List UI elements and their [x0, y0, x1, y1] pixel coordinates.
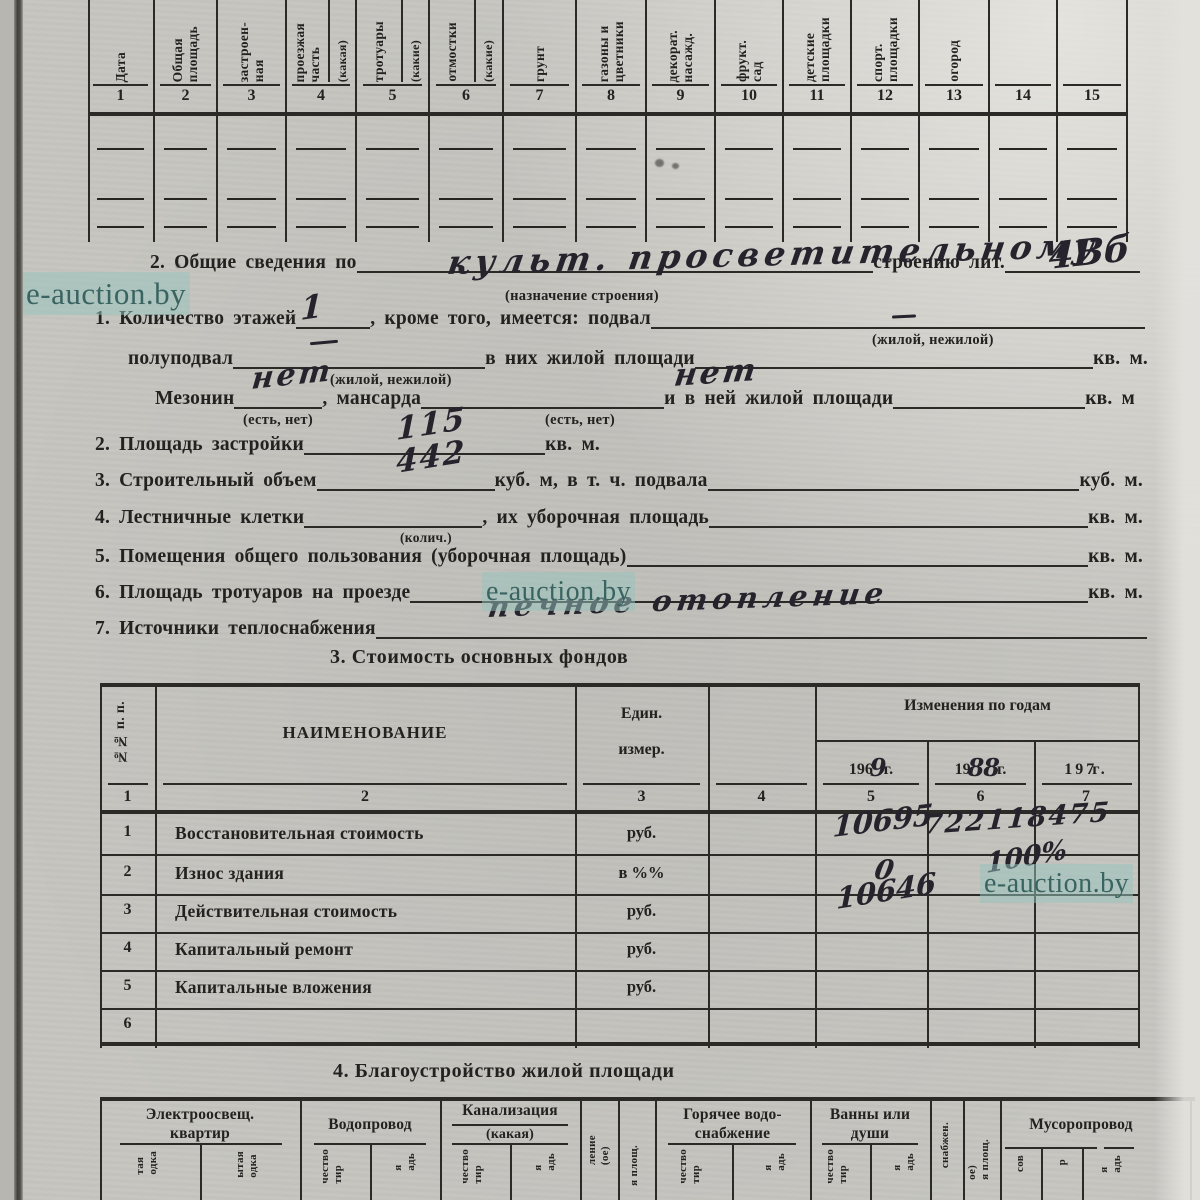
table-header-divider [88, 112, 1128, 116]
col-underline [857, 84, 912, 86]
subcol-which-living-area-fragment: ое) я площ. [966, 1139, 992, 1180]
top-col-4: проезжая часть (какая) 4 [287, 0, 357, 242]
col-number: 10 [716, 87, 782, 105]
ruled-cell-line [164, 198, 207, 200]
ruled-cell-line [439, 198, 493, 200]
group-underline [1104, 1147, 1134, 1149]
row-unit: руб. [575, 823, 708, 843]
sub-divider [510, 1145, 512, 1200]
ruled-cell-line [586, 198, 636, 200]
col-header-decorative: декорат. насажд. [665, 30, 695, 82]
col-underline [436, 84, 497, 86]
label-living-area-in-them: в них жилой площади [485, 348, 695, 370]
label-staircases: 4. Лестничные клетки [95, 507, 304, 529]
year-handwritten-digit: 9 [870, 753, 886, 782]
section4-title: 4. Благоустройство жилой площади [333, 1060, 675, 1083]
col-number: 12 [852, 87, 918, 105]
watermark-text: e-auction.by [486, 576, 631, 607]
page-edge-right [1154, 0, 1200, 1200]
top-col-1: Дата 1 [88, 0, 155, 242]
col-number: 3 [218, 87, 285, 105]
blank-line [376, 634, 1147, 639]
ink-smudge [655, 159, 664, 167]
row-name-replacement-cost: Восстановительная стоимость [175, 823, 424, 844]
row-unit: руб. [575, 901, 708, 921]
ruled-cell-line [586, 148, 636, 150]
caption-yes-no: (есть, нет) [545, 412, 615, 429]
col-number: 15 [1058, 87, 1126, 105]
group-divider [580, 1101, 582, 1200]
blank-line [651, 324, 1145, 329]
line-common-areas: 5. Помещения общего пользования (уборочн… [95, 546, 1143, 568]
ruled-cell-line [164, 148, 207, 150]
row-number: 6 [100, 1015, 155, 1033]
ruled-cell-line [999, 198, 1047, 200]
ruled-cell-line [97, 198, 144, 200]
line-heat-sources: 7. Источники теплоснабжения [95, 618, 1147, 640]
year-cell-197: 197г. [1034, 751, 1138, 780]
header-row-number: №№ п. п. [113, 701, 129, 764]
blank-line [304, 523, 482, 528]
subcol-fragment: р [1056, 1159, 1069, 1165]
unit-sq-m: кв. м. [545, 434, 600, 456]
col-number: 4 [708, 788, 815, 806]
col-underline [510, 84, 570, 86]
row-name-capital-repair: Капитальный ремонт [175, 939, 353, 960]
ruled-cell-line [1067, 198, 1117, 200]
label-mezzanine: Мезонин [155, 388, 234, 410]
row-number: 5 [100, 977, 155, 995]
subcol-area-fragment: я адь [392, 1153, 418, 1171]
ruled-cell-line [513, 148, 566, 150]
blank-line [627, 562, 1089, 567]
col-number: 1 [100, 788, 155, 806]
col-number: 13 [920, 87, 988, 105]
ruled-cell-line [861, 148, 909, 150]
sub-divider [1082, 1149, 1084, 1200]
col-number: 11 [784, 87, 850, 105]
ruled-cell-line [656, 226, 705, 228]
row-name-capital-investments: Капитальные вложения [175, 977, 372, 998]
col-underline [925, 84, 982, 86]
group-divider [930, 1101, 932, 1200]
num-row-underline [935, 783, 1026, 785]
top-col-13: огород 13 [920, 0, 990, 242]
ruled-cell-line [227, 148, 276, 150]
num-row-underline [1042, 783, 1132, 785]
blank-line [317, 486, 495, 491]
caption-residential-or-not: (жилой, нежилой) [330, 372, 452, 389]
col-divider [815, 683, 817, 1048]
subcol-fragment: сов [1014, 1155, 1027, 1172]
sub-divider [732, 1145, 734, 1200]
group-label-sewerage: Канализация [440, 1101, 580, 1120]
col-header-orchard: фрукт. сад [734, 40, 764, 82]
col-header-soil: грунт [532, 46, 547, 82]
ruled-cell-line [725, 198, 773, 200]
subcol-apartment-count-fragment: чество тир [459, 1149, 485, 1184]
unit-sq-m: кв. м. [1088, 546, 1143, 568]
table-right-border [1138, 683, 1140, 1048]
ruled-cell-line [513, 198, 566, 200]
year-handwritten-digit: 88 [968, 753, 999, 782]
label-cleaning-area: , их уборочная площадь [482, 507, 709, 529]
ruled-cell-line [1067, 148, 1117, 150]
row-name-actual-cost: Действительная стоимость [175, 901, 397, 922]
ruled-cell-line [439, 148, 493, 150]
blank-line [708, 486, 1080, 491]
group-label-baths-showers: Ванны или души [810, 1105, 930, 1144]
col-number: 2 [155, 788, 575, 806]
ruled-cell-line [296, 148, 346, 150]
subcol-area-fragment: я адь [891, 1153, 917, 1171]
top-col-3: застроен- ная 3 [218, 0, 287, 242]
watermark-text: e-auction.by [26, 276, 186, 311]
top-col-6: отмостки (какие) 6 [430, 0, 504, 242]
ruled-cell-line [999, 148, 1047, 150]
col-underline [93, 84, 148, 86]
col-header-roadway: проезжая часть [292, 23, 322, 82]
handwriting-dash [310, 340, 338, 345]
sub-divider [870, 1145, 872, 1200]
watermark: e-auction.by [984, 868, 1129, 900]
col-number: 1 [88, 87, 153, 105]
group-label-electric-lighting: Электроосвещ. квартир [100, 1105, 300, 1144]
unit-sq-m: кв. м. [1088, 507, 1143, 529]
scan-background-left [0, 0, 15, 1200]
sub-divider [370, 1145, 372, 1200]
ruled-cell-line [586, 226, 636, 228]
col-header-data: Дата [113, 52, 128, 82]
col-underline [995, 84, 1050, 86]
watermark: e-auction.by [486, 576, 631, 608]
top-col-5: тротуары (какие) 5 [357, 0, 430, 242]
col-subheader-which: (какие) [482, 40, 495, 82]
ruled-cell-line [366, 148, 419, 150]
top-col-10: фрукт. сад 10 [716, 0, 784, 242]
col-header-lawns: газоны и цветники [596, 21, 626, 82]
col-header-sports: спорт. площадки [870, 17, 900, 82]
unit-sq-m: кв. м [1085, 388, 1135, 410]
blank-line [893, 404, 1085, 409]
table-top-border [100, 1097, 1195, 1101]
watermark-text: e-auction.by [984, 868, 1129, 899]
ruled-cell-line [97, 148, 144, 150]
group-header-underline [815, 740, 1140, 742]
row-unit: в %% [575, 863, 708, 883]
sub-divider [200, 1145, 202, 1200]
subcol-area-fragment: я адь [1098, 1155, 1124, 1173]
label-mansard: , мансарда [322, 388, 421, 410]
subcol-apartment-count-fragment: чество тир [677, 1149, 703, 1184]
num-row-underline [163, 783, 567, 785]
ink-smudge [672, 163, 679, 169]
label-heat-sources: 7. Источники теплоснабжения [95, 618, 376, 640]
ruled-cell-line [861, 226, 909, 228]
top-col-8: газоны и цветники 8 [577, 0, 647, 242]
col-underline [652, 84, 708, 86]
ruled-cell-line [366, 198, 419, 200]
header-unit-line1: Един. [575, 705, 708, 723]
group-sublabel-which: (какая) [440, 1126, 580, 1144]
group-label-garbage-chute: Мусоропровод [1000, 1115, 1162, 1134]
col-header-blind-area: отмостки [444, 22, 459, 82]
num-row-underline [583, 783, 700, 785]
blank-line [709, 523, 1088, 528]
ruled-cell-line [929, 226, 979, 228]
subcol-living-area-fragment: я площ. [628, 1145, 641, 1186]
col-divider [708, 683, 710, 1048]
row-divider [100, 1008, 1140, 1010]
group-label-hot-water: Горячее водо- снабжение [655, 1105, 810, 1144]
col-number: 6 [430, 87, 502, 105]
handwriting-floor-count: 1 [300, 286, 323, 328]
col-number: 14 [990, 87, 1056, 105]
col-subheader-which: (какие) [409, 40, 422, 82]
ruled-cell-line [227, 226, 276, 228]
col-number: 5 [357, 87, 428, 105]
col-number: 9 [647, 87, 714, 105]
scanned-inventory-form-page: Дата 1 Общая площадь 2 застроен- ная 3 [0, 0, 1200, 1200]
label-incl-basement: куб. м, в т. ч. подвала [495, 470, 708, 492]
col-header-built-up: застроен- ная [236, 22, 266, 82]
handwriting-liter: 4Вб [1048, 227, 1131, 278]
top-col-7: грунт 7 [504, 0, 577, 242]
ruled-cell-line [793, 198, 841, 200]
ruled-cell-line [296, 198, 346, 200]
unit-sq-m: кв. м. [1093, 348, 1148, 370]
subcol-area-fragment: я адь [762, 1153, 788, 1171]
caption-building-purpose: (назначение строения) [505, 288, 659, 305]
subcol-hidden-wiring-fragment: ытая одка [234, 1151, 260, 1178]
fixed-assets-table: №№ п. п. НАИМЕНОВАНИЕ Един. измер. Измен… [100, 683, 1140, 1048]
handwriting-mansard-net: нет [672, 352, 761, 394]
ruled-cell-line [366, 226, 419, 228]
top-col-12: спорт. площадки 12 [852, 0, 920, 242]
row-number: 1 [100, 823, 155, 841]
col-underline [789, 84, 844, 86]
col-underline [292, 84, 349, 86]
line-footprint-area: 2. Площадь застройки кв. м. [95, 434, 600, 456]
unit-sq-m: кв. м. [1088, 582, 1143, 604]
col-underline [1063, 84, 1120, 86]
caption-yes-no: (есть, нет) [243, 412, 313, 429]
ruled-cell-line [227, 198, 276, 200]
ruled-cell-line [793, 226, 841, 228]
heading-label: 2. Общие сведения по [150, 252, 357, 274]
sub-divider [618, 1101, 620, 1200]
sub-divider [963, 1101, 965, 1200]
col-underline [223, 84, 279, 86]
col-header-garden: огород [946, 40, 961, 82]
caption-residential-or-not: (жилой, нежилой) [872, 332, 994, 349]
subcol-heating-which-fragment: ление (ое) [586, 1135, 612, 1165]
ruled-cell-line [656, 198, 705, 200]
ruled-cell-line [793, 148, 841, 150]
top-col-14: 14 [990, 0, 1058, 242]
col-underline [721, 84, 776, 86]
header-changes-by-year: Изменения по годам [815, 697, 1140, 715]
label-building-volume: 3. Строительный объем [95, 470, 317, 492]
ruled-cell-line [929, 198, 979, 200]
watermark: e-auction.by [26, 276, 186, 312]
ruled-cell-line [861, 198, 909, 200]
col-subheader-which: (какая) [336, 40, 349, 82]
blank-line [234, 404, 322, 409]
col-number: 3 [575, 788, 708, 806]
num-row-underline [108, 783, 148, 785]
col-header-playgrounds: детские площадки [802, 17, 832, 82]
ruled-cell-line [656, 148, 705, 150]
line-floors: 1. Количество этажей , кроме того, имеет… [95, 308, 1145, 330]
row-unit: руб. [575, 939, 708, 959]
page-edge-left [14, 0, 23, 1200]
ruled-cell-line [296, 226, 346, 228]
table-bottom-border [100, 1042, 1140, 1046]
year-cell-1969: 1969г. [815, 751, 927, 780]
top-col-11: детские площадки 11 [784, 0, 852, 242]
ruled-cell-line [439, 226, 493, 228]
header-unit-line2: измер. [575, 741, 708, 759]
subcol-apartment-count-fragment: чество тир [824, 1149, 850, 1184]
row-divider [100, 932, 1140, 934]
year-suffix: г. [1092, 761, 1107, 778]
section3-title: 3. Стоимость основных фондов [330, 646, 628, 669]
top-col-2: Общая площадь 2 [155, 0, 218, 242]
row-number: 4 [100, 939, 155, 957]
num-row-underline [823, 783, 919, 785]
col-header-sidewalks: тротуары [371, 21, 386, 82]
ruled-cell-line [725, 148, 773, 150]
ruled-cell-line [725, 226, 773, 228]
top-col-9: декорат. насажд. 9 [647, 0, 716, 242]
col-number: 8 [577, 87, 645, 105]
ruled-cell-line [97, 226, 144, 228]
label-basement: , кроме того, имеется: подвал [370, 308, 651, 330]
unit-cub-m: куб. м. [1079, 470, 1143, 492]
caption-quantity: (колич.) [400, 530, 452, 546]
label-common-areas: 5. Помещения общего пользования (уборочн… [95, 546, 627, 568]
sub-divider [1041, 1149, 1043, 1200]
col-number: 4 [287, 87, 355, 105]
year-cell-1988: 1988г. [927, 751, 1034, 780]
line-building-volume: 3. Строительный объем куб. м, в т. ч. по… [95, 470, 1143, 492]
amenities-table: Электроосвещ. квартир Водопровод Канализ… [100, 1097, 1195, 1200]
col-underline [363, 84, 423, 86]
table-top-border [100, 683, 1140, 687]
ruled-cell-line [164, 226, 207, 228]
subcol-area-fragment: я адь [532, 1153, 558, 1171]
col-underline [160, 84, 211, 86]
group-label-water-supply: Водопровод [300, 1115, 440, 1134]
header-name: НАИМЕНОВАНИЕ [155, 723, 575, 743]
subcol-apartment-count-fragment: чество тир [319, 1149, 345, 1184]
row-name-wear: Износ здания [175, 863, 284, 884]
num-row-underline [716, 783, 807, 785]
row-number: 3 [100, 901, 155, 919]
row-number: 2 [100, 863, 155, 881]
subcol-gas-supply-fragment: снабжен. [939, 1122, 952, 1168]
col-underline [582, 84, 639, 86]
col-number: 2 [155, 87, 216, 105]
col-number: 7 [504, 87, 575, 105]
subcol-open-wiring-fragment: тая одка [134, 1151, 160, 1175]
top-col-15: 15 [1058, 0, 1128, 242]
row-unit: руб. [575, 977, 708, 997]
label-footprint-area: 2. Площадь застройки [95, 434, 304, 456]
row-divider [100, 970, 1140, 972]
ruled-cell-line [929, 148, 979, 150]
label-sidewalk-area: 6. Площадь тротуаров на проезде [95, 582, 410, 604]
col-header-total-area: Общая площадь [170, 26, 200, 82]
ruled-cell-line [513, 226, 566, 228]
line-staircases: 4. Лестничные клетки , их уборочная площ… [95, 507, 1143, 529]
row-divider [100, 854, 1140, 856]
label-semibasement: полуподвал [128, 348, 233, 370]
